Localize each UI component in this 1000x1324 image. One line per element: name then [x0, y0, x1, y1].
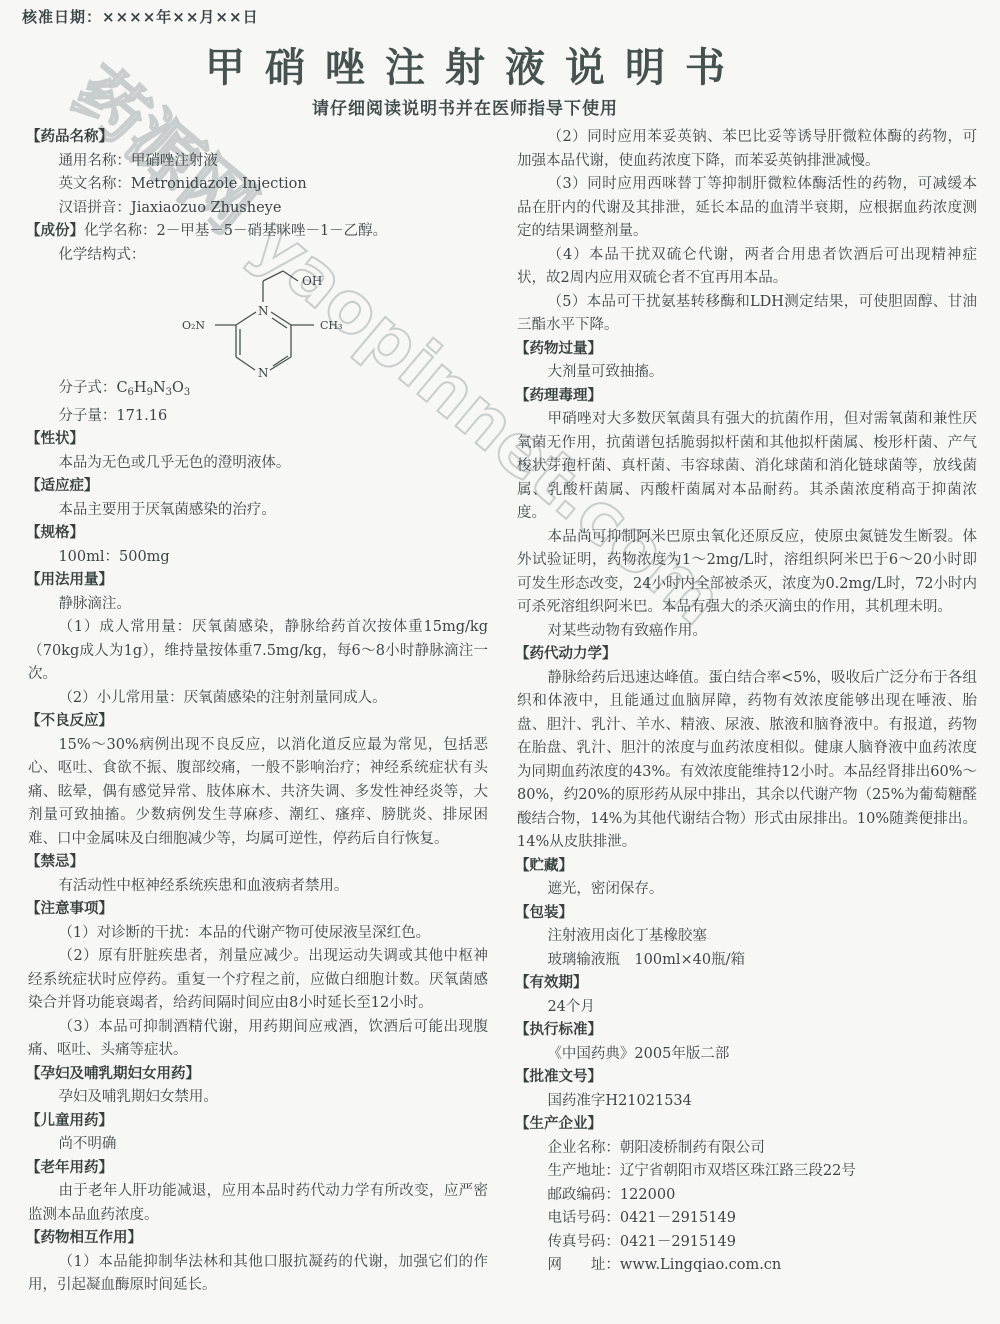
interaction-item: （2）同时应用苯妥英钠、苯巴比妥等诱导肝微粒体酶的药物，可加强本品代谢，使血药浓…: [517, 126, 977, 173]
manufacturer-fax: 传真号码：0421－2915149: [517, 1231, 977, 1255]
section-approval-number: 【批准文号】 国药准字H21021534: [517, 1066, 977, 1113]
section-storage: 【贮藏】 遮光，密闭保存。: [517, 855, 977, 902]
page-title: 甲硝唑注射液说明书: [205, 36, 805, 93]
section-interactions: 【药物相互作用】 （1）本品能抑制华法林和其他口服抗凝药的代谢，加强它们的作用，…: [28, 1227, 488, 1298]
package-line: 注射液用卤化丁基橡胶塞: [517, 925, 977, 949]
section-indications: 【适应症】 本品主要用于厌氧菌感染的治疗。: [28, 475, 488, 522]
section-interactions-continued: （2）同时应用苯妥英钠、苯巴比妥等诱导肝微粒体酶的药物，可加强本品代谢，使血药浓…: [517, 126, 977, 338]
approval-date-value: ××××年××月××日: [102, 8, 259, 26]
nitrogen-top-label: N: [258, 304, 269, 318]
left-column: 【药品名称】 通用名称：甲硝唑注射液 英文名称：Metronidazole In…: [28, 126, 488, 1298]
contraindications-text: 有活动性中枢神经系统疾患和血液病者禁用。: [28, 875, 488, 899]
section-header: 【禁忌】: [26, 851, 488, 875]
manufacturer-phone: 电话号码：0421－2915149: [517, 1207, 977, 1231]
section-header: 【有效期】: [515, 972, 977, 996]
section-header: 【适应症】: [26, 475, 488, 499]
storage-text: 遮光，密闭保存。: [517, 878, 977, 902]
indications-text: 本品主要用于厌氧菌感染的治疗。: [28, 499, 488, 523]
pharmacology-paragraph: 对某些动物有致癌作用。: [517, 620, 977, 644]
section-shelf-life: 【有效期】 24个月: [517, 972, 977, 1019]
approval-date: 核准日期：××××年××月××日: [22, 6, 259, 27]
description-text: 本品为无色或几乎无色的澄明液体。: [28, 452, 488, 476]
section-header: 【老年用药】: [26, 1157, 488, 1181]
section-manufacturer: 【生产企业】 企业名称：朝阳凌桥制药有限公司 生产地址：辽宁省朝阳市双塔区珠江路…: [517, 1113, 977, 1278]
package-line: 玻璃输液瓶 100ml×40瓶/箱: [517, 949, 977, 973]
section-description: 【性状】 本品为无色或几乎无色的澄明液体。: [28, 428, 488, 475]
overdose-text: 大剂量可致抽搐。: [517, 361, 977, 385]
pharmacology-paragraph: 甲硝唑对大多数厌氧菌具有强大的抗菌作用，但对需氧菌和兼性厌氧菌无作用，抗菌谱包括…: [517, 408, 977, 526]
section-header: 【生产企业】: [515, 1113, 977, 1137]
page-subtitle: 请仔细阅读说明书并在医师指导下使用: [312, 94, 618, 119]
interaction-item: （1）本品能抑制华法林和其他口服抗凝药的代谢，加强它们的作用，引起凝血酶原时间延…: [28, 1251, 488, 1298]
section-specification: 【规格】 100ml：500mg: [28, 522, 488, 569]
pharmacology-paragraph: 本品尚可抑制阿米巴原虫氧化还原反应，使原虫氮链发生断裂。体外试验证明，药物浓度为…: [517, 526, 977, 620]
section-header: 【药物过量】: [515, 338, 977, 362]
dosage-route: 静脉滴注。: [28, 593, 488, 617]
section-header: 【成份】: [26, 223, 84, 239]
drug-leaflet: 药源网 yaopinnet.com 核准日期：××××年××月××日 甲硝唑注射…: [0, 0, 1000, 1324]
specification-text: 100ml：500mg: [28, 546, 488, 570]
precaution-item: （2）原有肝脏疾患者，剂量应减少。出现运动失调或其他中枢神经系统症状时应停药。重…: [28, 945, 488, 1016]
right-column: （2）同时应用苯妥英钠、苯巴比妥等诱导肝微粒体酶的药物，可加强本品代谢，使血药浓…: [517, 126, 977, 1278]
manufacturer-website: 网 址：www.Lingqiao.com.cn: [517, 1254, 977, 1278]
manufacturer-address: 生产地址：辽宁省朝阳市双塔区珠江路三段22号: [517, 1160, 977, 1184]
section-package: 【包装】 注射液用卤化丁基橡胶塞 玻璃输液瓶 100ml×40瓶/箱: [517, 902, 977, 973]
section-contraindications: 【禁忌】 有活动性中枢神经系统疾患和血液病者禁用。: [28, 851, 488, 898]
section-composition: 【成份】化学名称：2－甲基－5－硝基咪唑－1－乙醇。 化学结构式：: [28, 220, 488, 428]
section-geriatric: 【老年用药】 由于老年人肝功能减退，应用本品时药代动力学有所改变，应严密监测本品…: [28, 1157, 488, 1228]
section-pharmacokinetics: 【药代动力学】 静脉给药后迅速达峰值。蛋白结合率<5%，吸收后广泛分布于各组织和…: [517, 643, 977, 855]
approval-date-label: 核准日期：: [22, 8, 102, 26]
pharmacokinetics-text: 静脉给药后迅速达峰值。蛋白结合率<5%，吸收后广泛分布于各组织和体液中，且能通过…: [517, 667, 977, 855]
dosage-child: （2）小儿常用量：厌氧菌感染的注射剂量同成人。: [28, 687, 488, 711]
section-drug-name: 【药品名称】 通用名称：甲硝唑注射液 英文名称：Metronidazole In…: [28, 126, 488, 220]
pediatric-text: 尚不明确: [28, 1133, 488, 1157]
section-pharmacology: 【药理毒理】 甲硝唑对大多数厌氧菌具有强大的抗菌作用，但对需氧菌和兼性厌氧菌无作…: [517, 385, 977, 644]
section-header: 【性状】: [26, 428, 488, 452]
section-header: 【药理毒理】: [515, 385, 977, 409]
precaution-item: （1）对诊断的干扰：本品的代谢产物可使尿液呈深红色。: [28, 922, 488, 946]
nitro-label: O₂N: [182, 319, 205, 332]
standard-text: 《中国药典》2005年版二部: [517, 1043, 977, 1067]
section-header: 【儿童用药】: [26, 1110, 488, 1134]
section-precautions: 【注意事项】 （1）对诊断的干扰：本品的代谢产物可使尿液呈深红色。 （2）原有肝…: [28, 898, 488, 1063]
dosage-adult: （1）成人常用量：厌氧菌感染，静脉给药首次按体重15mg/kg（70kg成人为1…: [28, 616, 488, 687]
section-dosage: 【用法用量】 静脉滴注。 （1）成人常用量：厌氧菌感染，静脉给药首次按体重15m…: [28, 569, 488, 710]
section-header: 【不良反应】: [26, 710, 488, 734]
hydroxyl-label: OH: [302, 274, 322, 288]
approval-number-text: 国药准字H21021534: [517, 1090, 977, 1114]
section-overdose: 【药物过量】 大剂量可致抽搐。: [517, 338, 977, 385]
section-header: 【规格】: [26, 522, 488, 546]
section-header: 【药物相互作用】: [26, 1227, 488, 1251]
interaction-item: （4）本品干扰双硫仑代谢，两者合用患者饮酒后可出现精神症状，故2周内应用双硫仑者…: [517, 244, 977, 291]
chemical-name: 化学名称：2－甲基－5－硝基咪唑－1－乙醇。: [84, 223, 387, 239]
section-header: 【用法用量】: [26, 569, 488, 593]
chemical-structure-diagram: OH N N O₂N CH₃: [178, 267, 378, 377]
structure-drawing: OH N N O₂N CH₃: [178, 267, 398, 379]
section-header: 【药品名称】: [26, 126, 488, 150]
structure-label: 化学结构式：: [28, 244, 488, 268]
section-header: 【批准文号】: [515, 1066, 977, 1090]
english-name: 英文名称：Metronidazole Injection: [28, 173, 488, 197]
methyl-label: CH₃: [320, 319, 342, 332]
molecular-weight: 分子量：171.16: [28, 405, 488, 429]
section-adverse-reactions: 【不良反应】 15%～30%病例出现不良反应，以消化道反应最为常见，包括恶心、呕…: [28, 710, 488, 851]
section-header: 【注意事项】: [26, 898, 488, 922]
geriatric-text: 由于老年人肝功能减退，应用本品时药代动力学有所改变，应严密监测本品血药浓度。: [28, 1180, 488, 1227]
section-header: 【包装】: [515, 902, 977, 926]
section-pregnancy: 【孕妇及哺乳期妇女用药】 孕妇及哺乳期妇女禁用。: [28, 1063, 488, 1110]
manufacturer-postcode: 邮政编码：122000: [517, 1184, 977, 1208]
molecular-formula: 分子式：C6H9N3O3: [28, 377, 488, 405]
section-header: 【执行标准】: [515, 1019, 977, 1043]
interaction-item: （5）本品可干扰氨基转移酶和LDH测定结果，可使胆固醇、甘油三酯水平下降。: [517, 291, 977, 338]
shelf-life-text: 24个月: [517, 996, 977, 1020]
manufacturer-name: 企业名称：朝阳凌桥制药有限公司: [517, 1137, 977, 1161]
section-header: 【药代动力学】: [515, 643, 977, 667]
pregnancy-text: 孕妇及哺乳期妇女禁用。: [28, 1086, 488, 1110]
section-pediatric: 【儿童用药】 尚不明确: [28, 1110, 488, 1157]
interaction-item: （3）同时应用西咪替丁等抑制肝微粒体酶活性的药物，可减缓本品在肝内的代谢及其排泄…: [517, 173, 977, 244]
generic-name: 通用名称：甲硝唑注射液: [28, 150, 488, 174]
nitrogen-bottom-label: N: [258, 366, 269, 379]
pinyin-name: 汉语拼音：Jiaxiaozuo Zhusheye: [28, 197, 488, 221]
section-header: 【贮藏】: [515, 855, 977, 879]
precaution-item: （3）本品可抑制酒精代谢，用药期间应戒酒，饮酒后可能出现腹痛、呕吐、头痛等症状。: [28, 1016, 488, 1063]
section-header: 【孕妇及哺乳期妇女用药】: [26, 1063, 488, 1087]
section-standard: 【执行标准】 《中国药典》2005年版二部: [517, 1019, 977, 1066]
adverse-text: 15%～30%病例出现不良反应，以消化道反应最为常见，包括恶心、呕吐、食欲不振、…: [28, 734, 488, 852]
